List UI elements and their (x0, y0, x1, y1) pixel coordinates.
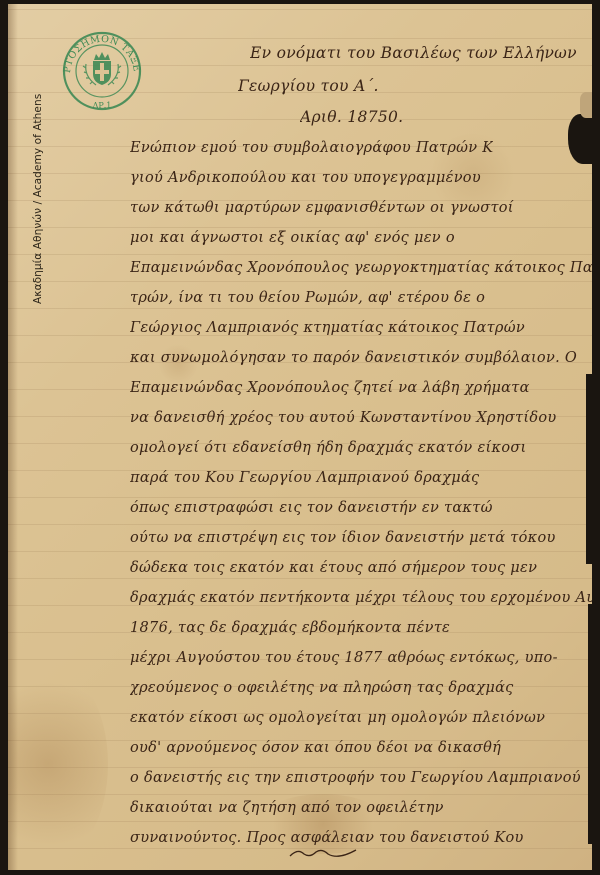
stamp-value: ΔΡ.1 (93, 101, 112, 110)
body-line: Γεώργιος Λαμπριανός κτηματίας κάτοικος Π… (130, 320, 525, 336)
body-line: Επαμεινώνδας Χρονόπουλος γεωργοκτηματίας… (130, 260, 592, 276)
document-page: Ακαδημία Αθηνών / Academy of Athens ΧΑΡΤ… (8, 4, 592, 870)
torn-edge-flap (580, 92, 592, 118)
body-line: χρεούμενος ο οφειλέτης να πληρώση τας δρ… (130, 680, 514, 696)
body-line: Επαμεινώνδας Χρονόπουλος ζητεί να λάβη χ… (130, 380, 530, 396)
body-line: δικαιούται να ζητήση από τον οφειλέτην (130, 800, 444, 816)
body-line: ούτω να επιστρέψη εις τον ίδιον δανειστή… (130, 530, 556, 546)
body-line: τρών, ίνα τι του θείου Ρωμών, αφ' ετέρου… (130, 290, 485, 306)
signature-icon (288, 844, 358, 862)
body-line: γιού Ανδρικοπούλου και του υπογεγραμμένο… (130, 170, 481, 186)
header-line-2: Γεωργίου του Α΄. (238, 77, 379, 95)
body-line: Ενώπιον εμού του συμβολαιογράφου Πατρών … (130, 140, 493, 156)
archive-watermark: Ακαδημία Αθηνών / Academy of Athens (32, 94, 44, 304)
body-line: δραχμάς εκατόν πεντήκοντα μέχρι τέλους τ… (130, 590, 592, 606)
body-line: 1876, τας δε δραχμάς εβδομήκοντα πέντε (130, 620, 450, 636)
torn-edge (588, 604, 592, 844)
body-line: ουδ' αρνούμενος όσον και όπου δέοι να δι… (130, 740, 501, 756)
shield-cross-icon (93, 61, 111, 85)
torn-edge (586, 374, 592, 564)
body-line: να δανεισθή χρέος του αυτού Κωνσταντίνου… (130, 410, 557, 426)
body-line: ομολογεί ότι εδανείσθη ήδη δραχμάς εκατό… (130, 440, 527, 456)
paper-stain (8, 664, 108, 864)
body-line: ο δανειστής εις την επιστροφήν του Γεωργ… (130, 770, 581, 786)
body-line: εκατόν είκοσι ως ομολογείται μη ομολογών… (130, 710, 545, 726)
torn-edge (568, 114, 592, 164)
crown-icon (94, 52, 110, 60)
body-line: δώδεκα τοις εκατόν και έτους από σήμερον… (130, 560, 537, 576)
body-line: όπως επιστραφώσι εις τον δανειστήν εν τα… (130, 500, 493, 516)
body-line: των κάτωθι μαρτύρων εμφανισθέντων οι γνω… (130, 200, 514, 216)
body-line: μέχρι Αυγούστου του έτους 1877 αθρόως εν… (130, 650, 558, 666)
body-line: παρά του Κου Γεωργίου Λαμπριανού δραχμάς (130, 470, 479, 486)
revenue-stamp: ΧΑΡΤΟΣΗΜΟΝ ΤΑΞΕΩΣ ΔΡ.1 (56, 30, 148, 112)
document-number: Αριθ. 18750. (300, 108, 403, 126)
body-line: μοι και άγνωστοι εξ οικίας αφ' ενός μεν … (130, 230, 455, 246)
body-line: και συνωμολόγησαν το παρόν δανειστικόν σ… (130, 350, 577, 366)
header-line-1: Εν ονόματι του Βασιλέως των Ελλήνων (250, 44, 577, 62)
